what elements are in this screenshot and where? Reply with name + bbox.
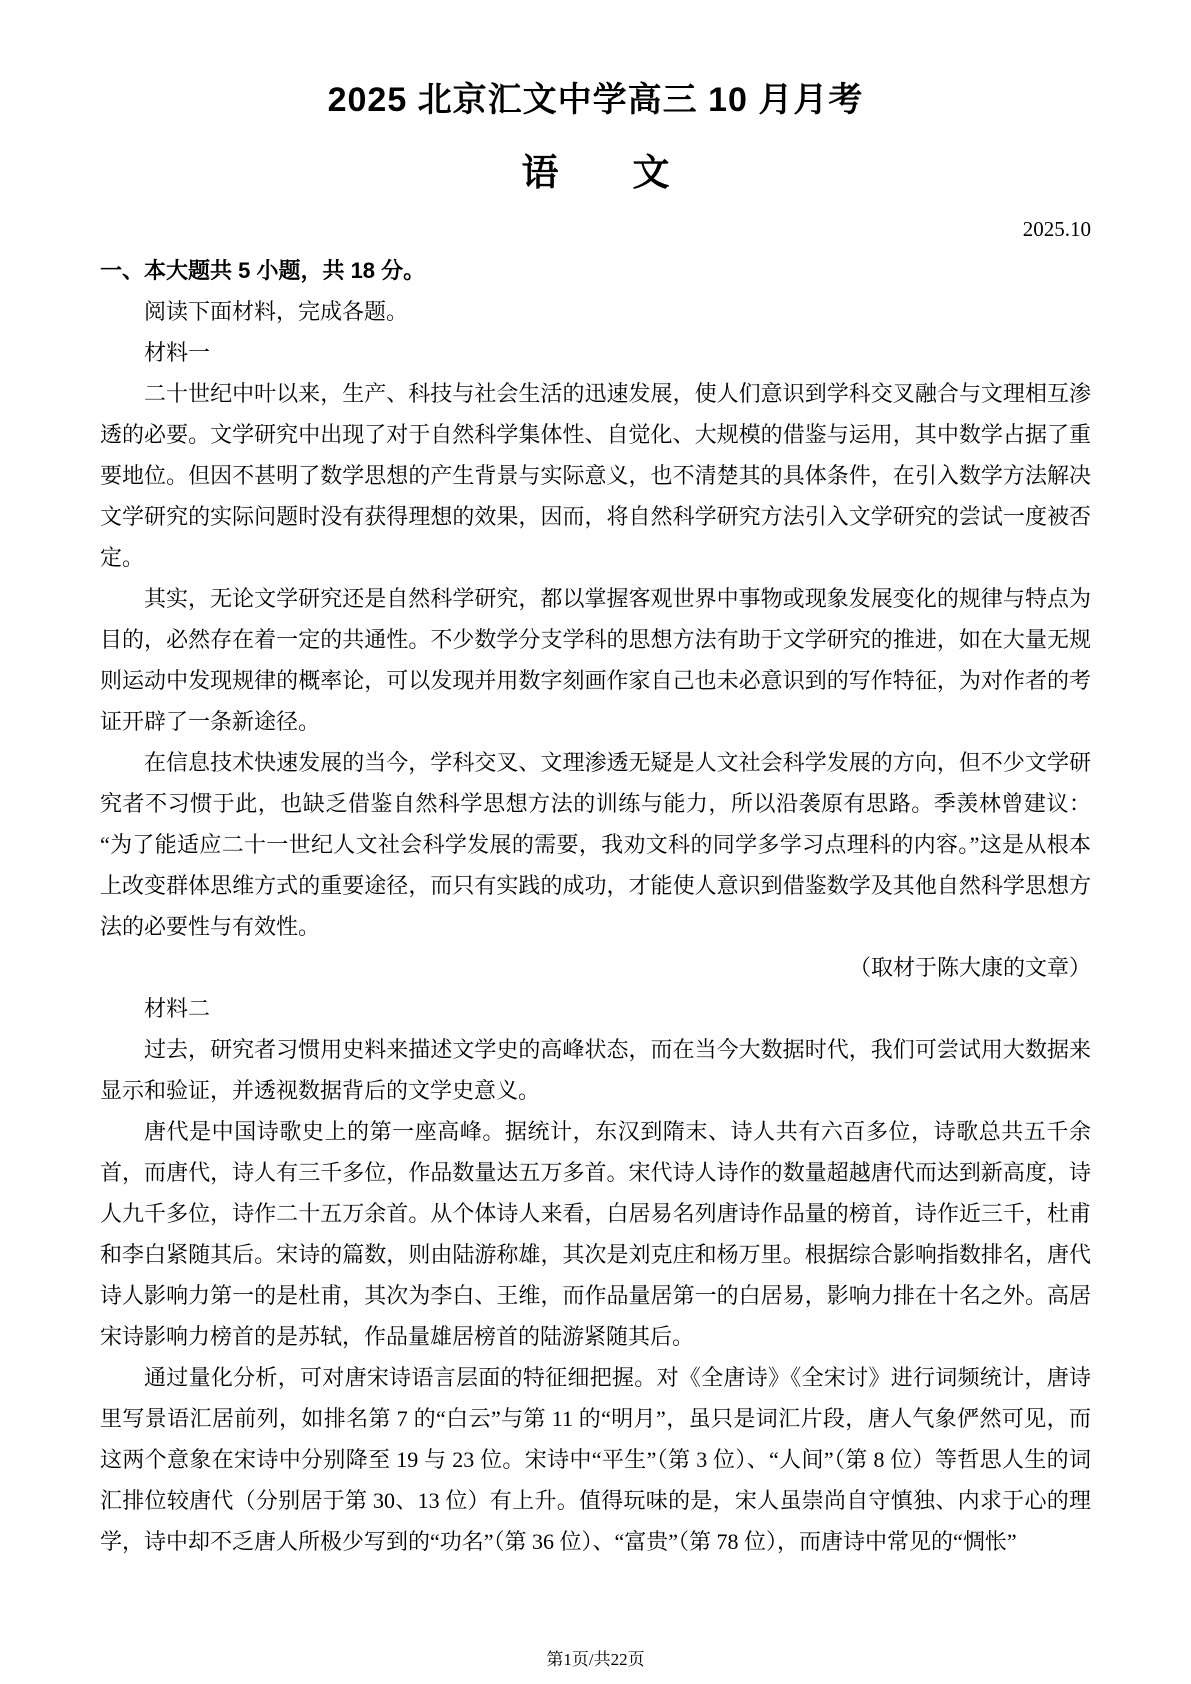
material2-label: 材料二 (100, 988, 1091, 1029)
material1-label: 材料一 (100, 332, 1091, 373)
material1-paragraph-3: 在信息技术快速发展的当今，学科交叉、文理渗透无疑是人文社会科学发展的方向，但不少… (100, 742, 1091, 947)
reading-instruction: 阅读下面材料，完成各题。 (100, 291, 1091, 332)
exam-paper-page: 2025 北京汇文中学高三 10 月月考 语 文 2025.10 一、本大题共 … (0, 0, 1191, 1684)
page-number-indicator: 第1页/共22页 (0, 1648, 1191, 1672)
material2-paragraph-3: 通过量化分析，可对唐宋诗语言层面的特征细把握。对《全唐诗》《全宋讨》进行词频统计… (100, 1357, 1091, 1562)
material1-paragraph-2: 其实，无论文学研究还是自然科学研究，都以掌握客观世界中事物或现象发展变化的规律与… (100, 578, 1091, 742)
section-one-heading: 一、本大题共 5 小题，共 18 分。 (100, 250, 1091, 291)
material1-paragraph-1: 二十世纪中叶以来，生产、科技与社会生活的迅速发展，使人们意识到学科交叉融合与文理… (100, 373, 1091, 578)
exam-date: 2025.10 (100, 214, 1091, 244)
subject-title: 语 文 (100, 150, 1091, 196)
material2-paragraph-1: 过去，研究者习惯用史料来描述文学史的高峰状态，而在当今大数据时代，我们可尝试用大… (100, 1029, 1091, 1111)
material2-paragraph-2: 唐代是中国诗歌史上的第一座高峰。据统计，东汉到隋末、诗人共有六百多位，诗歌总共五… (100, 1111, 1091, 1357)
page-title: 2025 北京汇文中学高三 10 月月考 (100, 78, 1091, 122)
material1-source-attribution: （取材于陈大康的文章） (100, 947, 1091, 988)
